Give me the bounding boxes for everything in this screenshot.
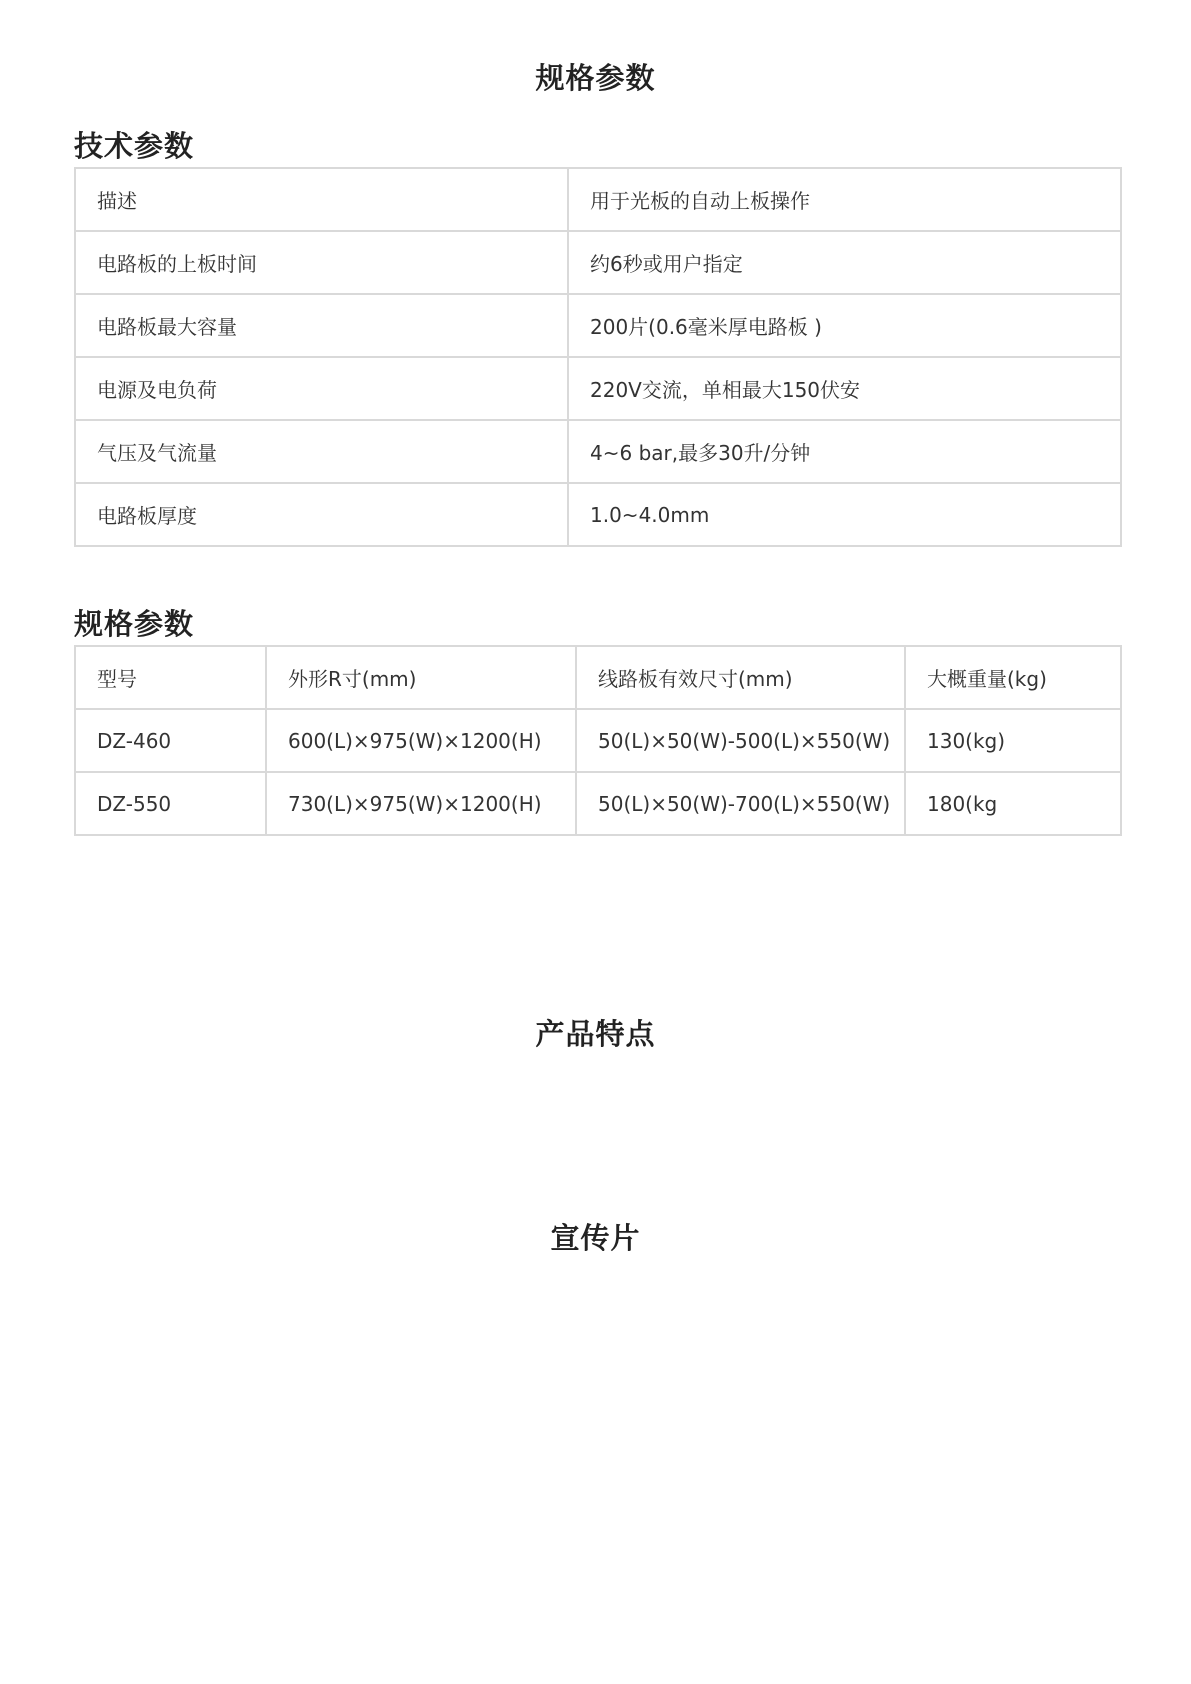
table-row: 电源及电负荷 220V交流，单相最大150伏安 (75, 357, 1121, 420)
table-row: 电路板的上板时间 约6秒或用户指定 (75, 231, 1121, 294)
param-value: 用于光板的自动上板操作 (568, 168, 1121, 231)
param-label: 电路板厚度 (75, 483, 568, 546)
dimensions-cell: 600(L)×975(W)×1200(H) (266, 709, 576, 772)
table-row: DZ-550 730(L)×975(W)×1200(H) 50(L)×50(W)… (75, 772, 1121, 835)
spec-params-heading: 规格参数 (74, 602, 194, 643)
board-size-cell: 50(L)×50(W)-700(L)×550(W) (576, 772, 905, 835)
param-value: 4~6 bar,最多30升/分钟 (568, 420, 1121, 483)
tech-params-table: 描述 用于光板的自动上板操作 电路板的上板时间 约6秒或用户指定 电路板最大容量… (74, 167, 1122, 547)
table-row: 描述 用于光板的自动上板操作 (75, 168, 1121, 231)
column-header-board-size: 线路板有效尺寸(mm) (576, 646, 905, 709)
param-label: 电路板最大容量 (75, 294, 568, 357)
param-value: 200片(0.6毫米厚电路板 ) (568, 294, 1121, 357)
column-header-model: 型号 (75, 646, 266, 709)
param-value: 1.0~4.0mm (568, 483, 1121, 546)
dimensions-cell: 730(L)×975(W)×1200(H) (266, 772, 576, 835)
param-label: 气压及气流量 (75, 420, 568, 483)
table-row: 电路板厚度 1.0~4.0mm (75, 483, 1121, 546)
model-cell: DZ-460 (75, 709, 266, 772)
weight-cell: 130(kg) (905, 709, 1121, 772)
promo-video-heading: 宣传片 (0, 1216, 1191, 1257)
param-label: 电源及电负荷 (75, 357, 568, 420)
table-row: DZ-460 600(L)×975(W)×1200(H) 50(L)×50(W)… (75, 709, 1121, 772)
param-value: 约6秒或用户指定 (568, 231, 1121, 294)
column-header-weight: 大概重量(kg) (905, 646, 1121, 709)
features-heading: 产品特点 (0, 1012, 1191, 1053)
param-label: 电路板的上板时间 (75, 231, 568, 294)
table-header-row: 型号 外形R寸(mm) 线路板有效尺寸(mm) 大概重量(kg) (75, 646, 1121, 709)
tech-params-heading: 技术参数 (74, 124, 194, 165)
model-cell: DZ-550 (75, 772, 266, 835)
board-size-cell: 50(L)×50(W)-500(L)×550(W) (576, 709, 905, 772)
param-value: 220V交流，单相最大150伏安 (568, 357, 1121, 420)
spec-params-table: 型号 外形R寸(mm) 线路板有效尺寸(mm) 大概重量(kg) DZ-460 … (74, 645, 1122, 836)
table-row: 气压及气流量 4~6 bar,最多30升/分钟 (75, 420, 1121, 483)
table-row: 电路板最大容量 200片(0.6毫米厚电路板 ) (75, 294, 1121, 357)
param-label: 描述 (75, 168, 568, 231)
page-title: 规格参数 (0, 56, 1191, 97)
column-header-dimensions: 外形R寸(mm) (266, 646, 576, 709)
weight-cell: 180(kg (905, 772, 1121, 835)
